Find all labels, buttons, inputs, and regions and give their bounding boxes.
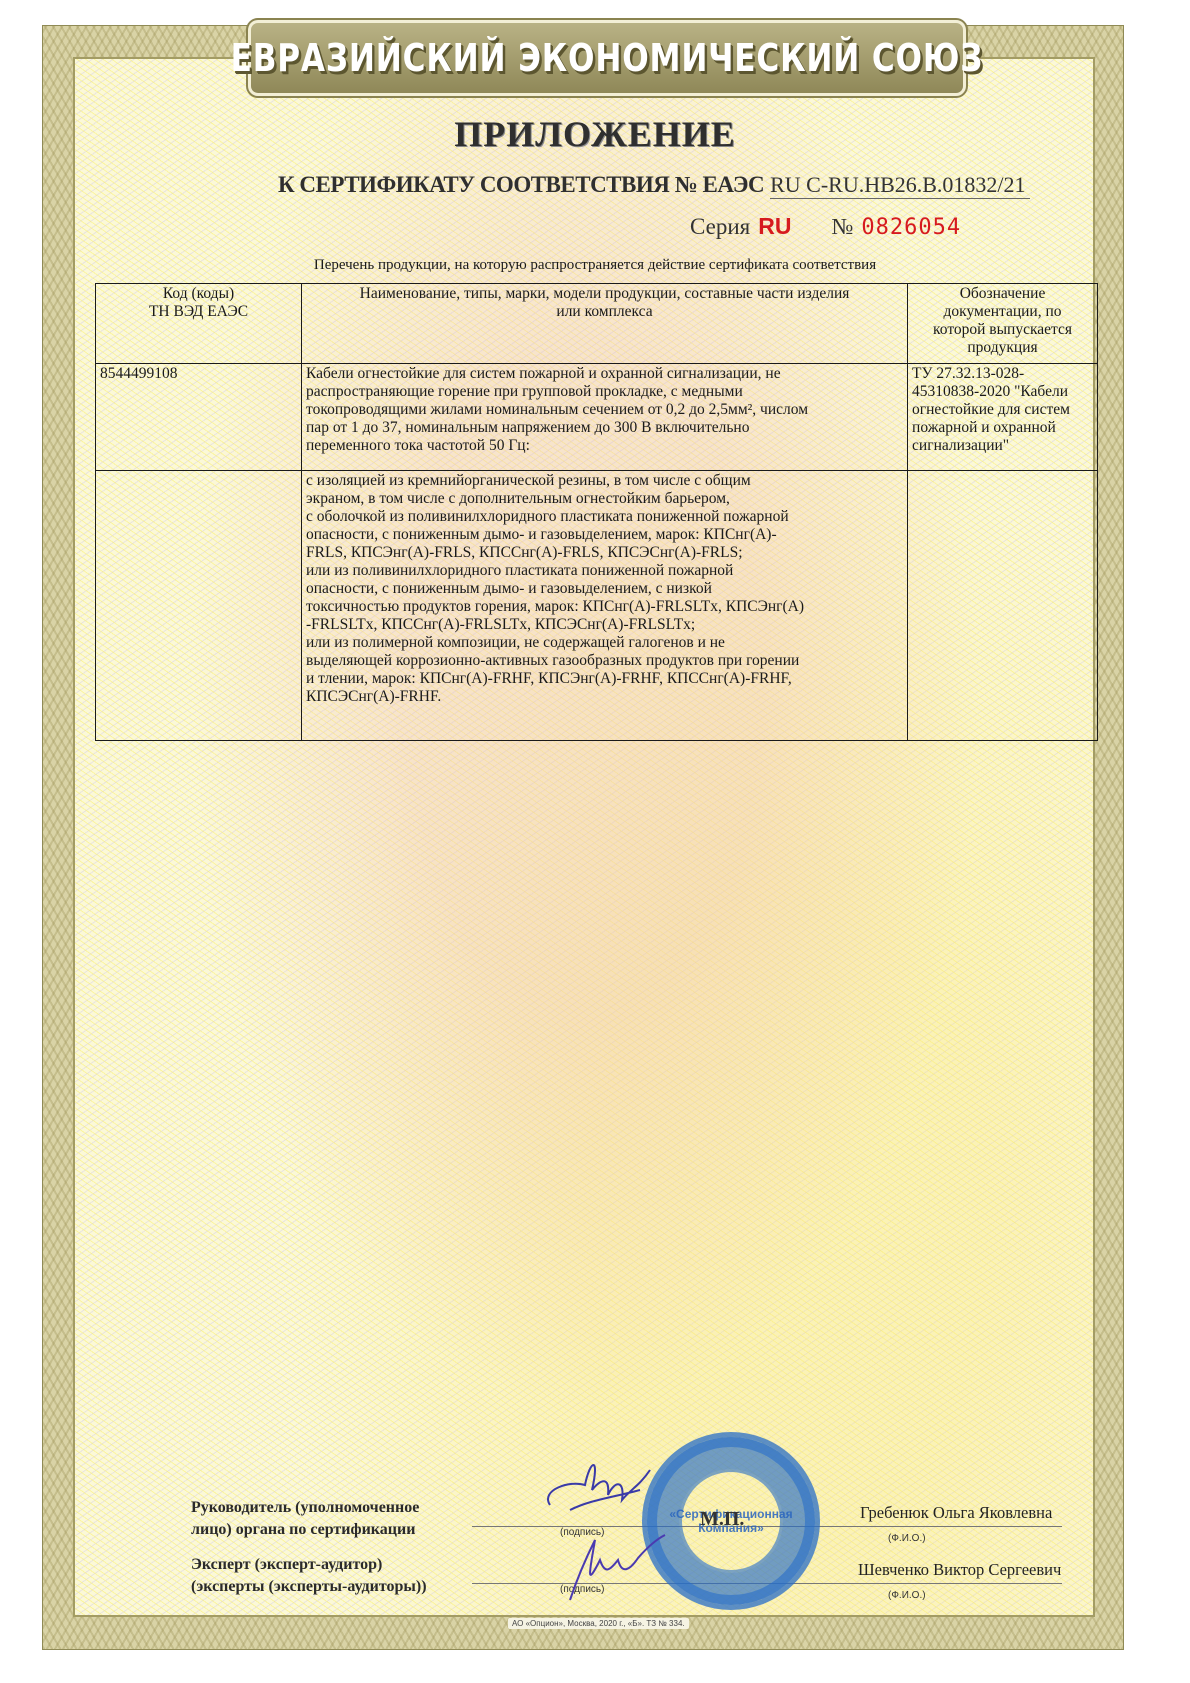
products-table: Код (коды) ТН ВЭД ЕАЭС Наименование, тип… — [95, 283, 1098, 741]
column-header-description: Наименование, типы, марки, модели продук… — [302, 284, 908, 364]
cell-line: и тлении, марок: КПСнг(А)-FRHF, КПСЭнг(А… — [306, 670, 903, 688]
cell-documentation — [908, 471, 1098, 741]
label-line: (эксперты (эксперты-аудиторы)) — [191, 1576, 427, 1598]
table-row: 8544499108 Кабели огнестойкие для систем… — [96, 364, 1098, 471]
cell-line: опасности, с пониженным дымо- и газовыде… — [306, 580, 903, 598]
page-title: ПРИЛОЖЕНИЕ — [0, 113, 1190, 155]
cell-line: пожарной и охранной — [912, 419, 1093, 437]
head-signature-scribble — [530, 1450, 660, 1530]
cell-code — [96, 471, 302, 741]
cell-line: КПСЭСнг(А)-FRHF. — [306, 688, 903, 706]
table-header-row: Код (коды) ТН ВЭД ЕАЭС Наименование, тип… — [96, 284, 1098, 364]
certificate-number: RU C-RU.HB26.B.01832/21 — [770, 172, 1029, 199]
header-line: продукция — [912, 339, 1093, 357]
cell-line: ТУ 27.32.13-028- — [912, 365, 1093, 383]
union-banner: ЕВРАЗИЙСКИЙ ЭКОНОМИЧЕСКИЙ СОЮЗ — [248, 20, 966, 96]
series-label: Серия — [690, 214, 750, 240]
cell-code: 8544499108 — [96, 364, 302, 471]
head-name-caption: (Ф.И.О.) — [888, 1533, 926, 1544]
header-line: Обозначение — [912, 285, 1093, 303]
cell-line: токсичностью продуктов горения, марок: К… — [306, 598, 903, 616]
cell-line: пар от 1 до 37, номинальным напряжением … — [306, 419, 903, 437]
cell-line: 45310838-2020 "Кабели — [912, 383, 1093, 401]
table-row: с изоляцией из кремнийорганической резин… — [96, 471, 1098, 741]
cell-line: токопроводящими жилами номинальным сечен… — [306, 401, 903, 419]
cell-line: распространяющие горение при групповой п… — [306, 383, 903, 401]
cell-line: с изоляцией из кремнийорганической резин… — [306, 472, 903, 490]
cell-line: Кабели огнестойкие для систем пожарной и… — [306, 365, 903, 383]
expert-label: Эксперт (эксперт-аудитор) (эксперты (экс… — [191, 1554, 427, 1598]
label-line: Руководитель (уполномоченное — [191, 1497, 419, 1519]
cell-line: экраном, в том числе с дополнительным ог… — [306, 490, 903, 508]
cell-line: или из поливинилхлоридного пластиката по… — [306, 562, 903, 580]
column-header-documentation: Обозначение документации, по которой вып… — [908, 284, 1098, 364]
list-caption: Перечень продукции, на которую распростр… — [0, 257, 1190, 274]
header-line: Код (коды) — [100, 285, 297, 303]
cell-line: сигнализации" — [912, 437, 1093, 455]
head-of-certification-label: Руководитель (уполномоченное лицо) орган… — [191, 1497, 419, 1541]
label-line: лицо) органа по сертификации — [191, 1519, 419, 1541]
cell-line: выделяющей коррозионно-активных газообра… — [306, 652, 903, 670]
cell-line: огнестойкие для систем — [912, 401, 1093, 419]
union-banner-text: ЕВРАЗИЙСКИЙ ЭКОНОМИЧЕСКИЙ СОЮЗ — [231, 36, 984, 80]
column-header-code: Код (коды) ТН ВЭД ЕАЭС — [96, 284, 302, 364]
expert-signature-scribble — [540, 1530, 670, 1610]
head-name: Гребенюк Ольга Яковлевна — [860, 1503, 1052, 1523]
cell-line: опасности, с пониженным дымо- и газовыде… — [306, 526, 903, 544]
label-line: Эксперт (эксперт-аудитор) — [191, 1554, 427, 1576]
series-line: Серия RU № 0826054 — [690, 213, 961, 240]
expert-name-caption: (Ф.И.О.) — [888, 1590, 926, 1601]
series-value: RU — [758, 213, 791, 240]
form-number-label: № — [831, 214, 853, 240]
form-number: 0826054 — [861, 215, 961, 240]
cell-line: с оболочкой из поливинилхлоридного пласт… — [306, 508, 903, 526]
header-line: Наименование, типы, марки, модели продук… — [306, 285, 903, 303]
certificate-reference: К СЕРТИФИКАТУ СООТВЕТСТВИЯ № ЕАЭС RU C-R… — [278, 172, 1030, 199]
printer-imprint: АО «Опцион», Москва, 2020 г., «Б». ТЗ № … — [508, 1618, 689, 1629]
cell-documentation: ТУ 27.32.13-028-45310838-2020 "Кабелиогн… — [908, 364, 1098, 471]
cell-line: или из полимерной композиции, не содержа… — [306, 634, 903, 652]
header-line: ТН ВЭД ЕАЭС — [100, 303, 297, 321]
header-line: которой выпускается — [912, 321, 1093, 339]
cell-line: -FRLSLTx, КПССнг(А)-FRLSLTx, КПСЭСнг(А)-… — [306, 616, 903, 634]
cell-description: Кабели огнестойкие для систем пожарной и… — [302, 364, 908, 471]
header-line: документации, по — [912, 303, 1093, 321]
seal-placeholder: М.П. — [700, 1508, 744, 1531]
cell-line: FRLS, КПСЭнг(А)-FRLS, КПССнг(А)-FRLS, КП… — [306, 544, 903, 562]
expert-name: Шевченко Виктор Сергеевич — [858, 1560, 1061, 1580]
certificate-label: К СЕРТИФИКАТУ СООТВЕТСТВИЯ № ЕАЭС — [278, 172, 764, 198]
cell-line: переменного тока частотой 50 Гц: — [306, 437, 903, 455]
header-line: или комплекса — [306, 303, 903, 321]
cell-description: с изоляцией из кремнийорганической резин… — [302, 471, 908, 741]
